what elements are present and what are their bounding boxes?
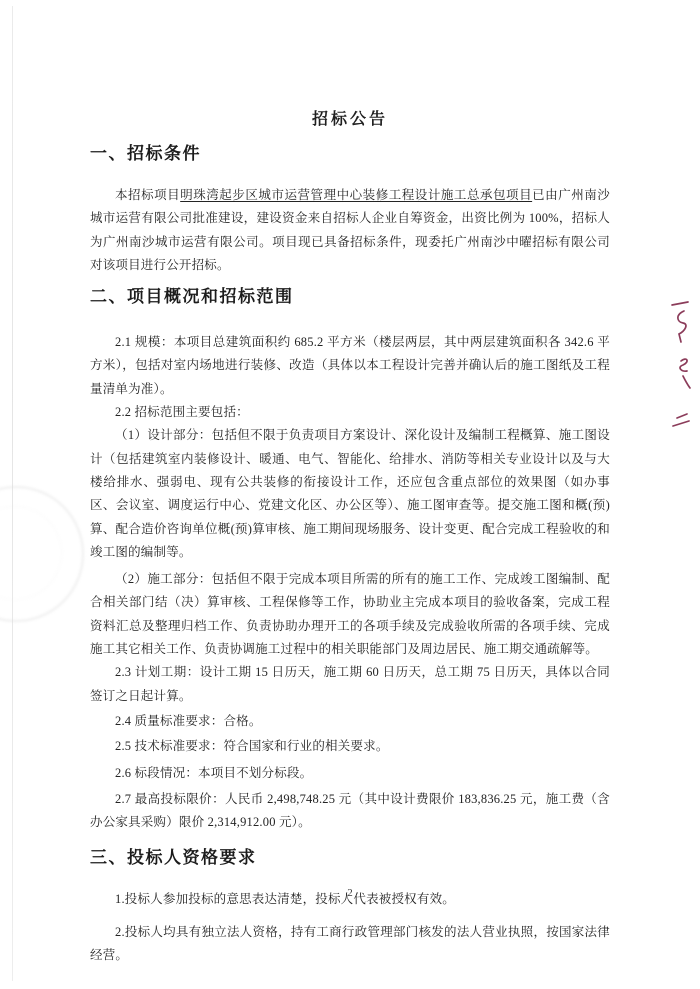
- page-number: 2: [0, 887, 700, 899]
- clause-design-part: （1）设计部分：包括但不限于负责项目方案设计、深化设计及编制工程概算、施工图设计…: [90, 424, 610, 564]
- margin-mark-squiggle-2: [680, 359, 687, 371]
- clause-2-5-technical: 2.5 技术标准要求：符合国家和行业的相关要求。: [90, 735, 610, 758]
- clause-2-7-price-limit: 2.7 最高投标限价：人民币 2,498,748.25 元（其中设计费限价 18…: [90, 788, 610, 835]
- margin-mark-tail: [683, 376, 690, 388]
- margin-mark-dash: [672, 302, 688, 305]
- margin-mark-dash-2: [677, 414, 687, 418]
- bidder-requirement-2: 2.投标人均具有独立法人资格，持有工商行政管理部门核发的法人营业执照，按国家法律…: [90, 921, 610, 968]
- document-title: 招标公告: [90, 106, 610, 129]
- scanned-document-page: 招标公告 一、招标条件 本招标项目明珠湾起步区城市运营管理中心装修工程设计施工总…: [0, 0, 700, 989]
- tender-conditions-paragraph: 本招标项目明珠湾起步区城市运营管理中心装修工程设计施工总承包项目已由广州南沙城市…: [90, 184, 610, 277]
- document-body: 招标公告 一、招标条件 本招标项目明珠湾起步区城市运营管理中心装修工程设计施工总…: [90, 106, 610, 967]
- section-2-heading: 二、项目概况和招标范围: [90, 282, 610, 307]
- handwritten-margin-marks: [662, 298, 696, 448]
- ghost-stamp-artifact: [0, 486, 84, 622]
- clause-2-1-scale: 2.1 规模：本项目总建筑面积约 685.2 平方米（楼层两层，其中两层建筑面积…: [90, 331, 610, 401]
- margin-mark-squiggle-1: [678, 311, 686, 342]
- clause-construction-part: （2）施工部分：包括但不限于完成本项目所需的所有的施工工作、完成竣工图编制、配合…: [90, 568, 610, 661]
- section-3-heading: 三、投标人资格要求: [90, 843, 610, 868]
- project-name-underlined: 明珠湾起步区城市运营管理中心装修工程设计施工总承包项目: [180, 188, 532, 202]
- ghost-stamp-inner-ring: [0, 506, 62, 600]
- clause-2-6-lots: 2.6 标段情况：本项目不划分标段。: [90, 762, 610, 785]
- margin-mark-dash-3: [673, 421, 689, 426]
- section-1-heading: 一、招标条件: [90, 139, 610, 164]
- tender-conditions-prefix: 本招标项目: [115, 188, 180, 202]
- clause-2-2-scope-intro: 2.2 招标范围主要包括：: [90, 401, 610, 424]
- clause-2-4-quality: 2.4 质量标准要求：合格。: [90, 710, 610, 733]
- clause-2-3-schedule: 2.3 计划工期：设计工期 15 日历天，施工期 60 日历天，总工期 75 日…: [90, 661, 610, 708]
